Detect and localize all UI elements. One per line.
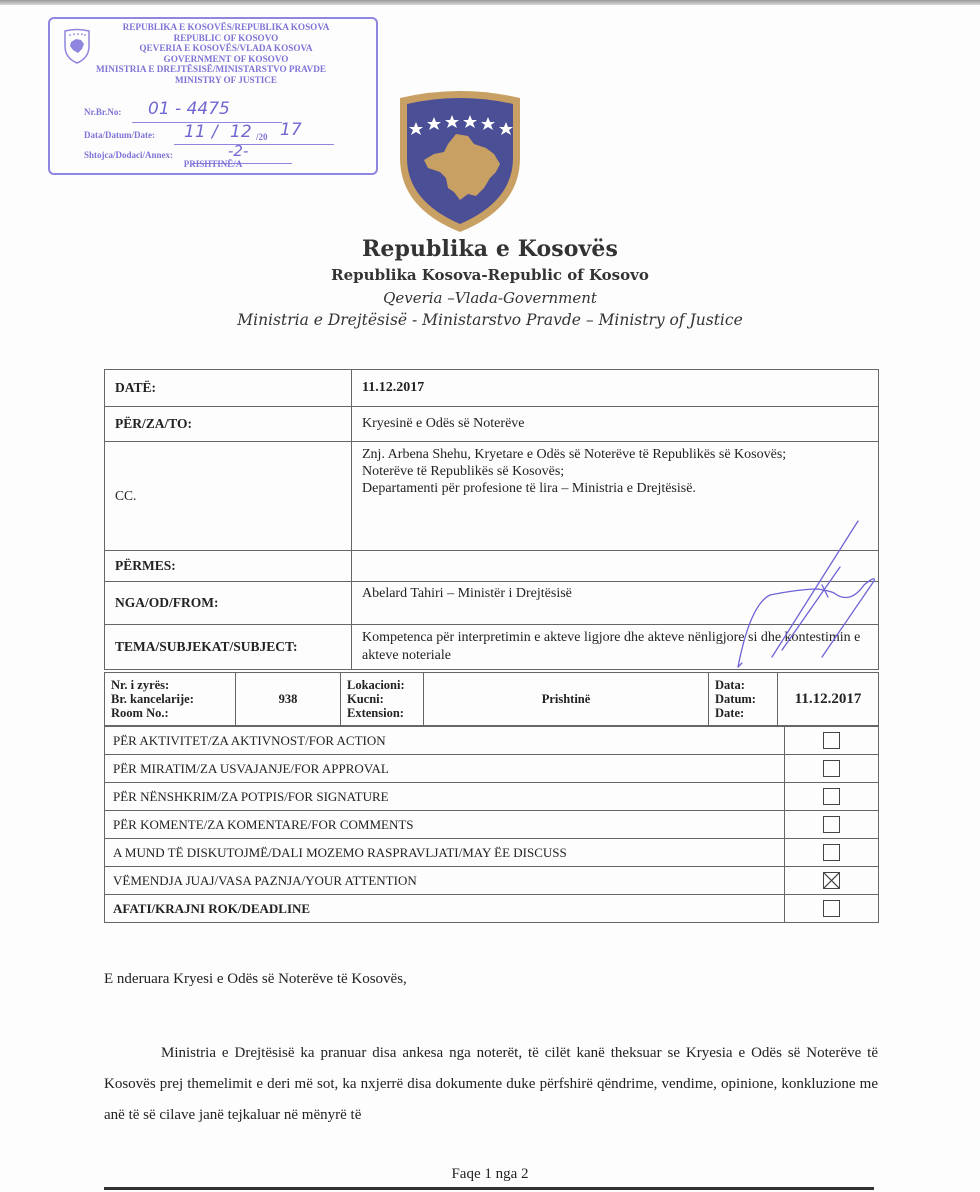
- memo-cc-label: CC.: [105, 442, 352, 551]
- memo-subject-label: TEMA/SUBJEKAT/SUBJECT:: [105, 625, 352, 670]
- room-value: 938: [236, 673, 341, 726]
- checklist-label: PËR NËNSHKRIM/ZA POTPIS/FOR SIGNATURE: [105, 783, 785, 811]
- checkbox-unchecked[interactable]: [823, 844, 840, 861]
- checkbox-unchecked[interactable]: [823, 760, 840, 777]
- checklist-row: PËR MIRATIM/ZA USVAJANJE/FOR APPROVAL: [105, 755, 879, 783]
- checklist-row: PËR KOMENTE/ZA KOMENTARE/FOR COMMENTS: [105, 811, 879, 839]
- checklist-box-cell: [785, 895, 879, 923]
- checklist-box-cell: [785, 727, 879, 755]
- checklist-label: PËR KOMENTE/ZA KOMENTARE/FOR COMMENTS: [105, 811, 785, 839]
- checklist-box-cell: [785, 839, 879, 867]
- checklist-label: PËR AKTIVITET/ZA AKTIVNOST/FOR ACTION: [105, 727, 785, 755]
- memo-date-value: 11.12.2017: [352, 370, 879, 407]
- location-value: Prishtinë: [424, 673, 709, 726]
- memo-cc-line: Departamenti për profesione të lira – Mi…: [362, 480, 868, 497]
- memo-row-from: NGA/OD/FROM: Abelard Tahiri – Ministër i…: [105, 582, 879, 625]
- stamp-date-month: 12: [230, 122, 252, 142]
- stamp-line: QEVERIA E KOSOVËS/VLADA KOSOVA: [80, 43, 372, 54]
- salutation: E nderuara Kryesi e Odës së Noterëve të …: [104, 971, 407, 988]
- stamp-date-label: Data/Datum/Date:: [84, 130, 155, 140]
- stamp-line: MINISTRY OF JUSTICE: [80, 75, 372, 86]
- memo-row-subject: TEMA/SUBJEKAT/SUBJECT: Kompetenca për in…: [105, 625, 879, 670]
- stamp-line: REPUBLIC OF KOSOVO: [80, 33, 372, 44]
- checklist-row: VËMENDJA JUAJ/VASA PAZNJA/YOUR ATTENTION: [105, 867, 879, 895]
- stamp-number-label: Nr.Br.No:: [84, 107, 121, 117]
- x-mark-icon: [824, 873, 839, 888]
- location-label-line: Kucni:: [347, 692, 417, 706]
- header-subtitle: Republika Kosova-Republic of Kosovo: [0, 266, 980, 284]
- memo-date-label: DATË:: [105, 370, 352, 407]
- registry-stamp: REPUBLIKA E KOSOVËS/REPUBLIKA KOSOVA REP…: [48, 17, 378, 175]
- room-label: Nr. i zyrës: Br. kancelarije: Room No.:: [105, 673, 236, 726]
- info-date-label-line: Data:: [715, 678, 771, 692]
- stamp-line: MINISTRIA E DREJTËSISË/MINISTARSTVO PRAV…: [50, 64, 372, 75]
- location-label: Lokacioni: Kucni: Extension:: [341, 673, 424, 726]
- stamp-date-underline: [174, 144, 334, 145]
- checklist-label: A MUND TË DISKUTOJMË/DALI MOZEMO RASPRAV…: [105, 839, 785, 867]
- stamp-city: PRISHTINË/A: [50, 159, 376, 169]
- stamp-annex-value: -2-: [228, 142, 248, 160]
- page-number: Faqe 1 nga 2: [0, 1166, 980, 1183]
- stamp-date-century: 20: [259, 132, 268, 142]
- checklist-label: AFATI/KRAJNI ROK/DEADLINE: [105, 895, 785, 923]
- checklist-row: PËR AKTIVITET/ZA AKTIVNOST/FOR ACTION: [105, 727, 879, 755]
- checkbox-unchecked[interactable]: [823, 816, 840, 833]
- checklist-row: AFATI/KRAJNI ROK/DEADLINE: [105, 895, 879, 923]
- body-paragraph: Ministria e Drejtësisë ka pranuar disa a…: [104, 1038, 878, 1131]
- stamp-line: GOVERNMENT OF KOSOVO: [80, 54, 372, 65]
- stamp-date-year: 17: [280, 120, 302, 140]
- memo-from-value: Abelard Tahiri – Ministër i Drejtësisë: [352, 582, 879, 625]
- checkbox-unchecked[interactable]: [823, 900, 840, 917]
- stamp-line: REPUBLIKA E KOSOVËS/REPUBLIKA KOSOVA: [80, 22, 372, 33]
- info-date-label-line: Date:: [715, 706, 771, 720]
- memo-to-value: Kryesinë e Odës së Noterëve: [352, 407, 879, 442]
- checkbox-checked[interactable]: [823, 872, 840, 889]
- location-label-line: Extension:: [347, 706, 417, 720]
- checklist-label: VËMENDJA JUAJ/VASA PAZNJA/YOUR ATTENTION: [105, 867, 785, 895]
- memo-table: DATË: 11.12.2017 PËR/ZA/TO: Kryesinë e O…: [104, 369, 879, 670]
- checklist-box-cell: [785, 755, 879, 783]
- memo-row-date: DATË: 11.12.2017: [105, 370, 879, 407]
- stamp-number-underline: [132, 122, 282, 123]
- info-date-value: 11.12.2017: [778, 673, 879, 726]
- location-label-line: Lokacioni:: [347, 678, 417, 692]
- checklist-box-cell: [785, 867, 879, 895]
- stamp-header-lines: REPUBLIKA E KOSOVËS/REPUBLIKA KOSOVA REP…: [80, 22, 372, 86]
- memo-row-to: PËR/ZA/TO: Kryesinë e Odës së Noterëve: [105, 407, 879, 442]
- footer-rule: [104, 1187, 874, 1190]
- checklist-row: A MUND TË DISKUTOJMË/DALI MOZEMO RASPRAV…: [105, 839, 879, 867]
- kosovo-coat-of-arms-icon: [394, 88, 526, 234]
- checkbox-unchecked[interactable]: [823, 732, 840, 749]
- memo-via-value: [352, 551, 879, 582]
- memo-from-label: NGA/OD/FROM:: [105, 582, 352, 625]
- room-label-line: Br. kancelarije:: [111, 692, 229, 706]
- office-info-row: Nr. i zyrës: Br. kancelarije: Room No.: …: [105, 673, 879, 726]
- office-info-table: Nr. i zyrës: Br. kancelarije: Room No.: …: [104, 672, 879, 726]
- stamp-date-day: 11: [184, 122, 206, 142]
- stamp-number-value: 01 - 4475: [148, 99, 230, 119]
- memo-cc-line: Noterëve të Republikës së Kosovës;: [362, 463, 868, 480]
- memo-cc-value: Znj. Arbena Shehu, Kryetare e Odës së No…: [352, 442, 879, 551]
- memo-row-cc: CC. Znj. Arbena Shehu, Kryetare e Odës s…: [105, 442, 879, 551]
- room-label-line: Room No.:: [111, 706, 229, 720]
- checklist-row: PËR NËNSHKRIM/ZA POTPIS/FOR SIGNATURE: [105, 783, 879, 811]
- room-label-line: Nr. i zyrës:: [111, 678, 229, 692]
- memo-subject-value: Kompetenca për interpretimin e akteve li…: [352, 625, 879, 670]
- header-title: Republika e Kosovës: [0, 236, 980, 262]
- header-government: Qeveria –Vlada-Government: [0, 289, 980, 307]
- memo-row-via: PËRMES:: [105, 551, 879, 582]
- viewer-top-edge: [0, 0, 980, 5]
- action-checklist: PËR AKTIVITET/ZA AKTIVNOST/FOR ACTIONPËR…: [104, 726, 879, 923]
- checkbox-unchecked[interactable]: [823, 788, 840, 805]
- memo-via-label: PËRMES:: [105, 551, 352, 582]
- info-date-label-line: Datum:: [715, 692, 771, 706]
- checklist-label: PËR MIRATIM/ZA USVAJANJE/FOR APPROVAL: [105, 755, 785, 783]
- memo-cc-line: Znj. Arbena Shehu, Kryetare e Odës së No…: [362, 446, 868, 463]
- checklist-box-cell: [785, 783, 879, 811]
- header-ministry: Ministria e Drejtësisë - Ministarstvo Pr…: [0, 311, 980, 329]
- memo-to-label: PËR/ZA/TO:: [105, 407, 352, 442]
- checklist-box-cell: [785, 811, 879, 839]
- info-date-label: Data: Datum: Date:: [709, 673, 778, 726]
